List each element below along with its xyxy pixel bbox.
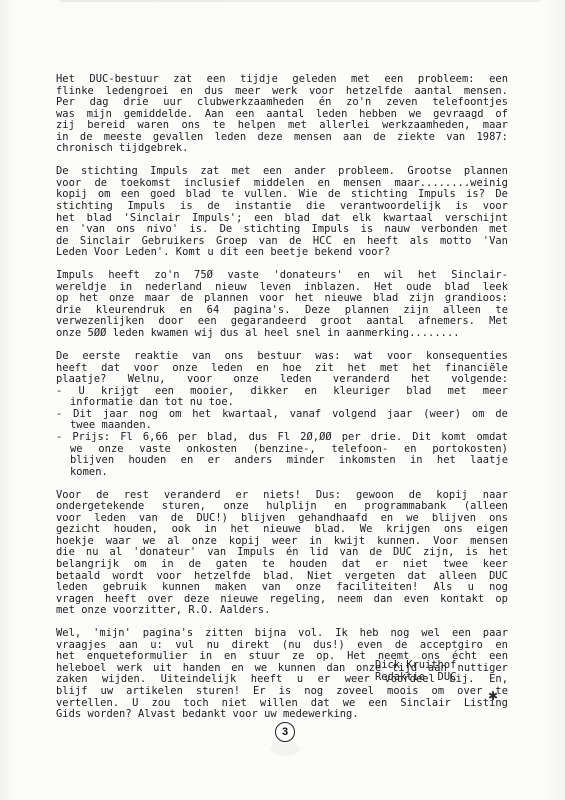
- text-line: en 'van ons nivo' is. De stichting Impul…: [56, 224, 508, 236]
- paragraph: De stichting Impuls zat met een ander pr…: [56, 166, 508, 258]
- paragraph: Het DUC-bestuur zat een tijdje geleden m…: [56, 74, 508, 155]
- text-line: Per dag drie uur clubwerkzaamheden én zo…: [56, 97, 508, 109]
- text-line: Gids worden? Alvast bedankt voor uw mede…: [56, 709, 508, 721]
- text-line: blijf uw artikelen sturen! Er is nog zov…: [56, 686, 508, 698]
- signature-name: Dick Kruithof: [375, 660, 456, 672]
- text-line: leden gebruik kunnen maken van onze faci…: [56, 582, 508, 594]
- text-line: onze 5ØØ leden kwamen wij dus al heel sn…: [56, 328, 508, 340]
- text-line: zij bereid waren ons te helpen met aller…: [56, 120, 508, 132]
- text-line: belangrijk om in de gaten te houden dat …: [56, 559, 508, 571]
- text-line: Leden Voor Leden'. Komt u dit een beetje…: [56, 247, 508, 259]
- text-line: De eerste reaktie van ons bestuur was: w…: [56, 351, 508, 363]
- paragraph: Voor de rest veranderd er niets! Dus: ge…: [56, 490, 508, 617]
- bullet-line: blijven houden en er anders minder inkom…: [56, 455, 508, 467]
- text-line: Het DUC-bestuur zat een tijdje geleden m…: [56, 74, 508, 86]
- paragraph: De eerste reaktie van ons bestuur was: w…: [56, 351, 508, 478]
- text-line: chronisch tijdgebrek.: [56, 143, 508, 155]
- paragraph: Impuls heeft zo'n 75Ø vaste 'donateurs' …: [56, 270, 508, 339]
- signature-block: Dick Kruithof Redaktie DUC: [375, 660, 456, 683]
- signature-role: Redaktie DUC: [375, 672, 456, 684]
- text-line: met onze voorzitter, R.O. Aalders.: [56, 605, 508, 617]
- end-mark-icon: ✱: [488, 689, 498, 703]
- bullet-line: komen.: [56, 467, 508, 479]
- page-number-badge: 3: [275, 722, 295, 742]
- text-line: stichting Impuls is de instantie die ver…: [56, 201, 508, 213]
- article-body: Het DUC-bestuur zat een tijdje geleden m…: [56, 74, 508, 732]
- document-page: Het DUC-bestuur zat een tijdje geleden m…: [0, 0, 565, 800]
- scan-smudge: [270, 742, 300, 756]
- bullet-line: - Prijs: Fl 6,66 per blad, dus Fl 2Ø,ØØ …: [56, 432, 508, 444]
- page-edge-shadow: [60, 0, 540, 2]
